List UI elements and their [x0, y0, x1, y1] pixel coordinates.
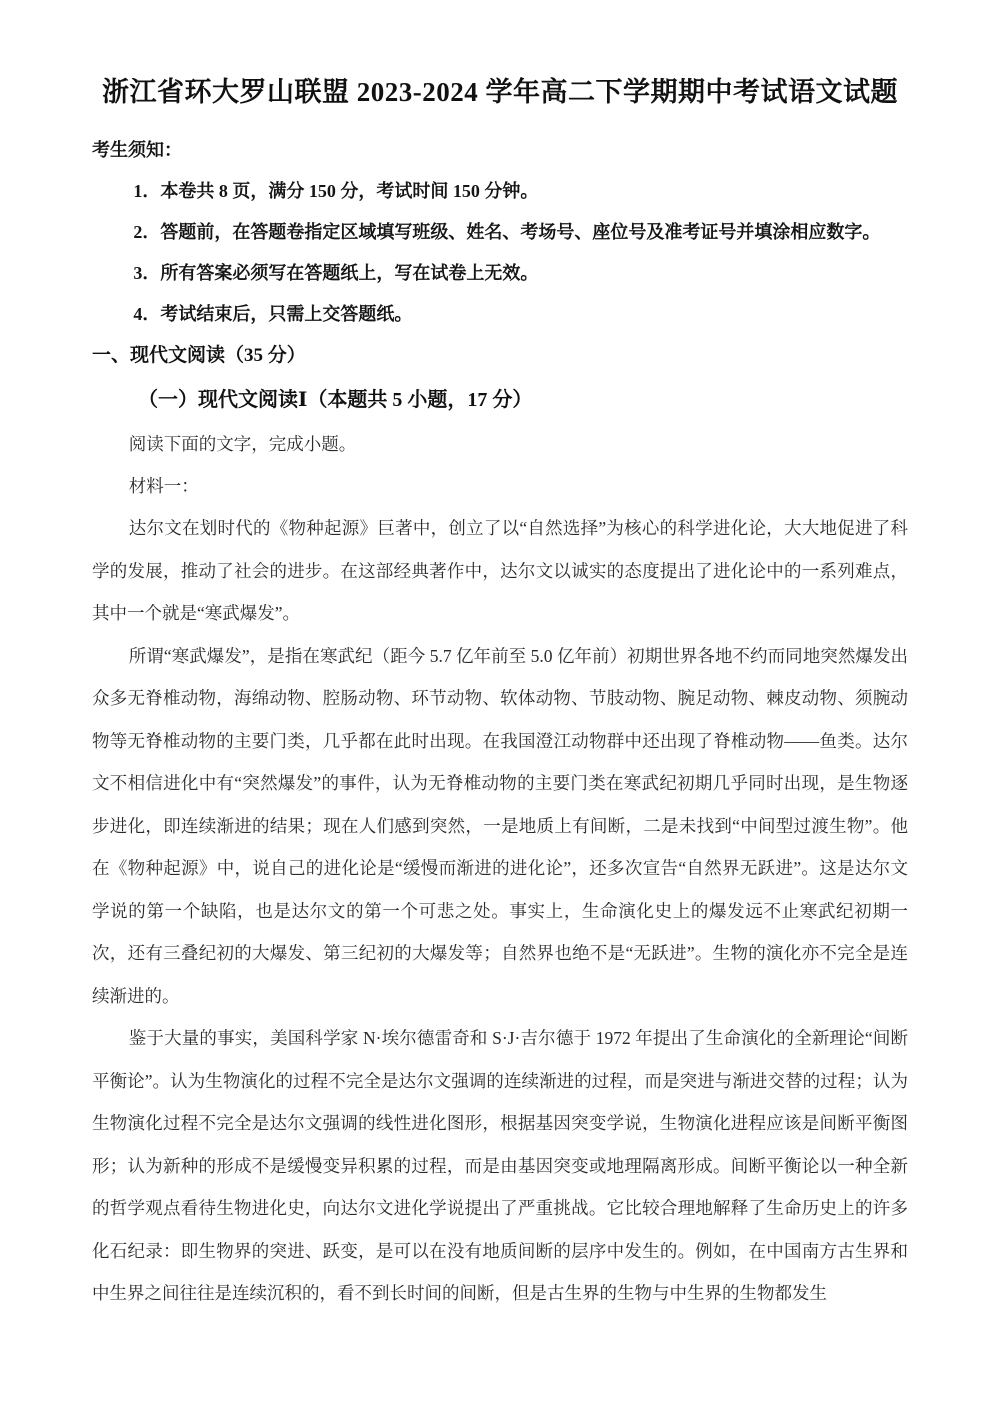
material-paragraph-1: 达尔文在划时代的《物种起源》巨著中，创立了以“自然选择”为核心的科学进化论，大大… — [92, 507, 908, 635]
section-heading: 一、现代文阅读（35 分） — [92, 335, 908, 377]
notice-item-4: 4．考试结束后，只需上交答题纸。 — [92, 294, 908, 335]
material-paragraph-3: 鉴于大量的事实，美国科学家 N·埃尔德雷奇和 S·J·吉尔德于 1972 年提出… — [92, 1017, 908, 1315]
material-paragraph-2: 所谓“寒武爆发”，是指在寒武纪（距今 5.7 亿年前至 5.0 亿年前）初期世界… — [92, 635, 908, 1018]
page-title: 浙江省环大罗山联盟 2023-2024 学年高二下学期期中考试语文试题 — [92, 74, 908, 110]
notice-item-3: 3．所有答案必须写在答题纸上，写在试卷上无效。 — [92, 253, 908, 294]
material-one-text: 达尔文在划时代的《物种起源》巨著中，创立了以“自然选择”为核心的科学进化论，大大… — [92, 507, 908, 1315]
section-modern-reading: 一、现代文阅读（35 分） （一）现代文阅读Ⅰ（本题共 5 小题，17 分） 阅… — [92, 335, 908, 507]
reading-instruction: 阅读下面的文字，完成小题。 — [92, 423, 908, 465]
notice-heading: 考生须知： — [92, 130, 908, 171]
notice-item-2: 2．答题前，在答题卷指定区域填写班级、姓名、考场号、座位号及准考证号并填涂相应数… — [92, 212, 908, 253]
exam-paper-page: 浙江省环大罗山联盟 2023-2024 学年高二下学期期中考试语文试题 考生须知… — [0, 0, 1000, 1414]
material-one-label: 材料一： — [92, 465, 908, 507]
notice-item-1: 1．本卷共 8 页，满分 150 分，考试时间 150 分钟。 — [92, 171, 908, 212]
candidate-notice: 考生须知： 1．本卷共 8 页，满分 150 分，考试时间 150 分钟。 2．… — [92, 130, 908, 335]
subsection-heading: （一）现代文阅读Ⅰ（本题共 5 小题，17 分） — [92, 377, 908, 423]
